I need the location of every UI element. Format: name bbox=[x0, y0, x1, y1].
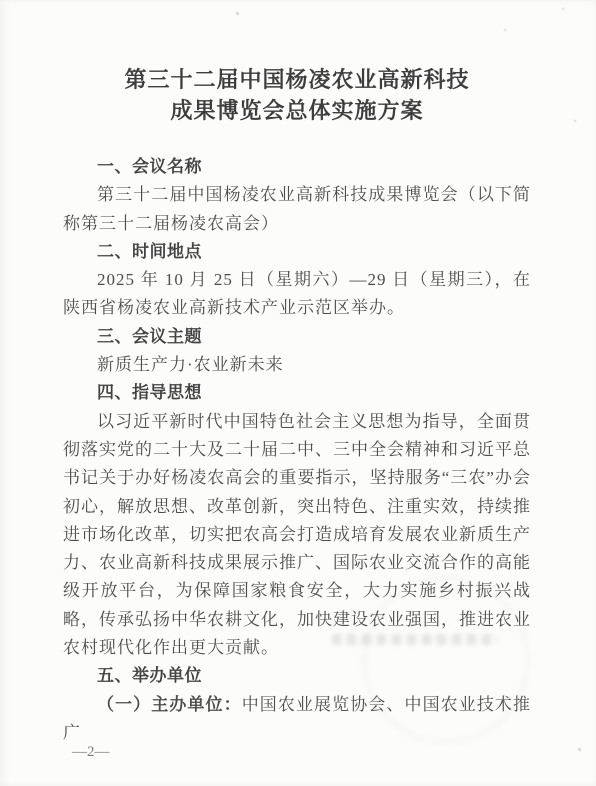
section-heading-guiding-ideology: 四、指导思想 bbox=[63, 379, 531, 407]
ink-bleedthrough-smudge bbox=[332, 634, 498, 645]
document-title: 第三十二届中国杨凌农业高新科技 成果博览会总体实施方案 bbox=[63, 64, 531, 126]
scan-speck bbox=[574, 120, 576, 122]
paragraph-organizers-lead: （一）主办单位： bbox=[97, 695, 242, 714]
title-line-2: 成果博览会总体实施方案 bbox=[63, 95, 531, 126]
section-heading-time-place: 二、时间地点 bbox=[63, 238, 531, 266]
section-heading-theme: 三、会议主题 bbox=[63, 323, 531, 351]
scanned-document-page: 第三十二届中国杨凌农业高新科技 成果博览会总体实施方案 一、会议名称 第三十二届… bbox=[0, 0, 596, 786]
section-heading-meeting-name: 一、会议名称 bbox=[63, 153, 531, 181]
page-number: —2— bbox=[72, 744, 110, 761]
scan-speck bbox=[578, 748, 581, 751]
paragraph-meeting-name: 第三十二届中国杨凌农业高新科技成果博览会（以下简称第三十二届杨凌农高会） bbox=[63, 181, 531, 238]
paragraph-theme: 新质生产力·农业新未来 bbox=[63, 351, 531, 379]
scan-speck bbox=[236, 12, 239, 15]
paragraph-time-place: 2025 年 10 月 25 日（星期六）—29 日（星期三），在陕西省杨凌农业… bbox=[63, 266, 531, 323]
scan-speck bbox=[504, 29, 506, 31]
title-line-1: 第三十二届中国杨凌农业高新科技 bbox=[63, 64, 531, 95]
stamp-bleedthrough-ghost bbox=[362, 576, 530, 744]
scan-speck bbox=[562, 8, 564, 10]
